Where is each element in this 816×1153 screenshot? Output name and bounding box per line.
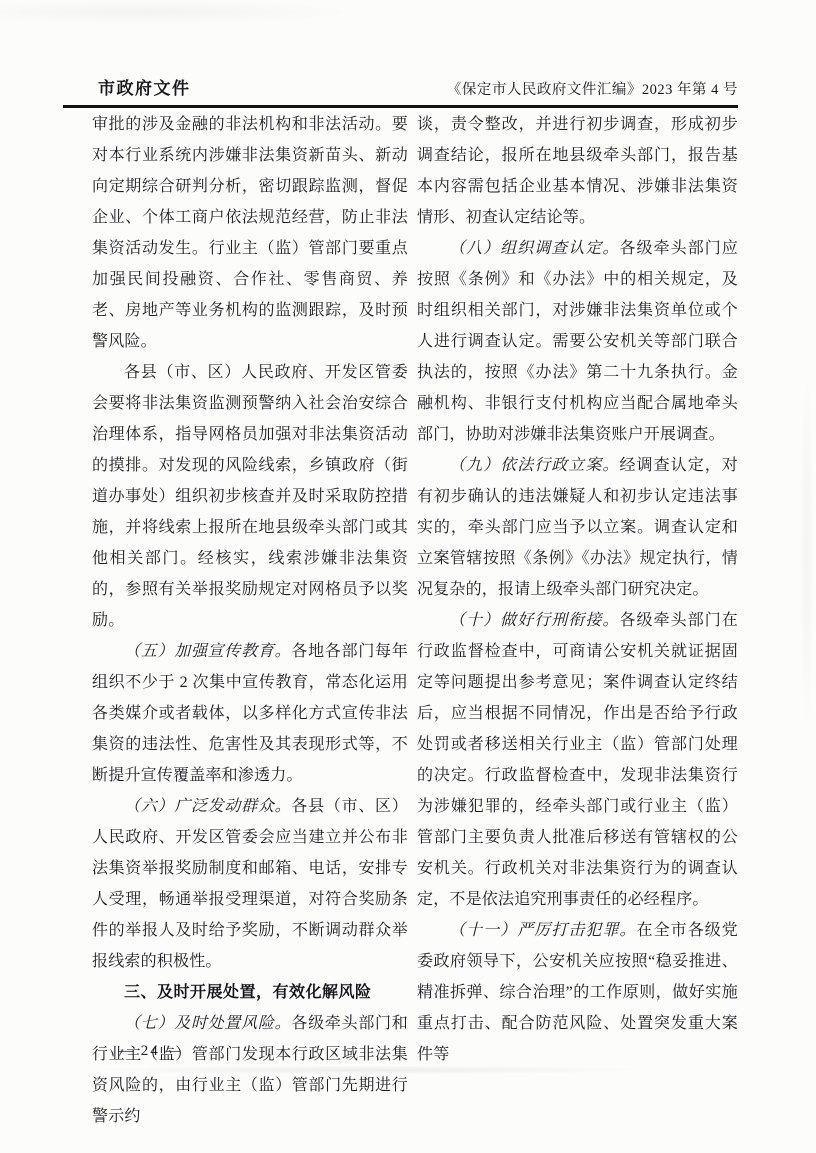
item-9-heading: （九）依法行政立案。 [449, 457, 620, 474]
item-11-heading: （十一）严厉打击犯罪。 [449, 922, 637, 939]
item-10-heading: （十）做好行刑衔接。 [449, 612, 620, 629]
section-3-heading: 三、及时开展处置，有效化解风险 [92, 977, 408, 1008]
item-10-body: 各级牵头部门在行政监督检查中，可商请公安机关就证据固定等问题提出参考意见；案件调… [417, 612, 738, 908]
paragraph-continuation: 审批的涉及金融的非法机构和非法活动。要对本行业系统内涉嫌非法集资新苗头、新动向定… [92, 109, 408, 357]
page-header: 市政府文件 《保定市人民政府文件汇编》2023 年第 4 号 [63, 74, 738, 108]
page-number: — 24 — [118, 1043, 183, 1060]
header-compilation-issue: 《保定市人民政府文件汇编》2023 年第 4 号 [447, 78, 738, 99]
header-document-category: 市政府文件 [63, 74, 191, 99]
item-7-heading: （七）及时处置风险。 [124, 1015, 291, 1032]
paragraph-grassroots-monitoring: 各县（市、区）人民政府、开发区管委会要将非法集资监测预警纳入社会治安综合治理体系… [92, 357, 408, 636]
item-6-heading: （六）广泛发动群众。 [124, 798, 291, 815]
right-text-column: 谈，责令整改，并进行初步调查，形成初步调查结论，报所在地县级牵头部门，报告基本内… [417, 109, 738, 1070]
scan-smudge-right [770, 300, 816, 800]
paragraph-item-5: （五）加强宣传教育。各地各部门每年组织不少于 2 次集中宣传教育，常态化运用各类… [92, 636, 408, 791]
item-5-heading: （五）加强宣传教育。 [124, 643, 291, 660]
left-text-column: 审批的涉及金融的非法机构和非法活动。要对本行业系统内涉嫌非法集资新苗头、新动向定… [92, 109, 408, 1132]
paragraph-item-7-continuation: 谈，责令整改，并进行初步调查，形成初步调查结论，报所在地县级牵头部门，报告基本内… [417, 109, 738, 233]
paragraph-item-8: （八）组织调查认定。各级牵头部门应按照《条例》和《办法》中的相关规定，及时组织相… [417, 233, 738, 450]
item-9-body: 经调查认定，对有初步确认的违法嫌疑人和初步认定违法事实的，牵头部门应当予以立案。… [417, 457, 738, 598]
item-5-body: 各地各部门每年组织不少于 2 次集中宣传教育，常态化运用各类媒介或者载体，以多样… [92, 643, 408, 784]
paragraph-item-6: （六）广泛发动群众。各县（市、区）人民政府、开发区管委会应当建立并公布非法集资举… [92, 791, 408, 977]
paragraph-item-9: （九）依法行政立案。经调查认定，对有初步确认的违法嫌疑人和初步认定违法事实的，牵… [417, 450, 738, 605]
scan-smudge-top [0, 0, 816, 60]
paragraph-item-10: （十）做好行刑衔接。各级牵头部门在行政监督检查中，可商请公安机关就证据固定等问题… [417, 605, 738, 915]
item-8-body: 各级牵头部门应按照《条例》和《办法》中的相关规定，及时组织相关部门，对涉嫌非法集… [417, 240, 738, 443]
paragraph-item-11: （十一）严厉打击犯罪。在全市各级党委政府领导下，公安机关应按照“稳妥推进、精准拆… [417, 915, 738, 1070]
item-6-body: 各县（市、区）人民政府、开发区管委会应当建立并公布非法集资举报奖励制度和邮箱、电… [92, 798, 408, 970]
item-11-body: 在全市各级党委政府领导下，公安机关应按照“稳妥推进、精准拆弹、综合治理”的工作原… [417, 922, 738, 1063]
item-8-heading: （八）组织调查认定。 [449, 240, 620, 257]
paragraph-item-7: （七）及时处置风险。各级牵头部门和行业主（监）管部门发现本行政区域非法集资风险的… [92, 1008, 408, 1132]
